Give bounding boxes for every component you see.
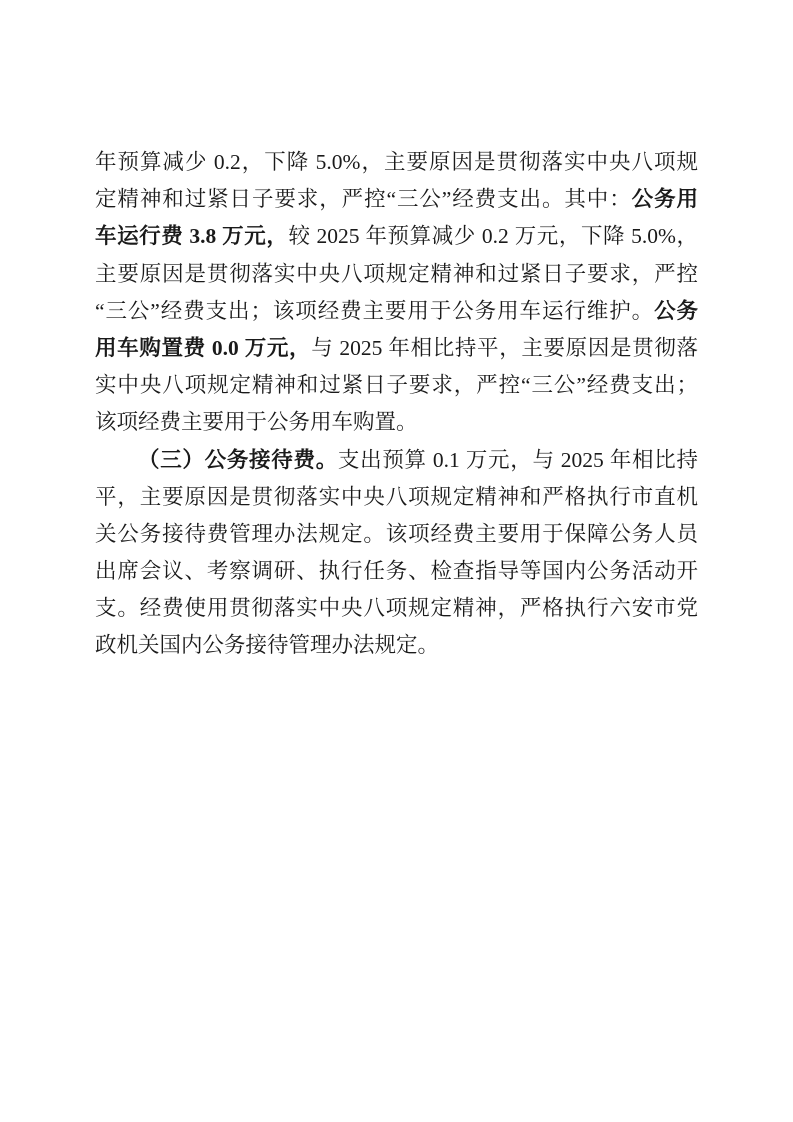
- text-run: 关公务接待费管理办法规定。该项经费主要用于保障公务人员: [95, 522, 698, 546]
- text-run: 平，主要原因是贯彻落实中央八项规定精神和严格执行市直机: [95, 485, 698, 509]
- text-line: 支。经费使用贯彻落实中央八项规定精神，严格执行六安市党: [95, 590, 698, 627]
- text-line: 车运行费 3.8 万元，较 2025 年预算减少 0.2 万元，下降 5.0%，: [95, 218, 698, 255]
- text-line: （三）公务接待费。支出预算 0.1 万元，与 2025 年相比持: [95, 442, 698, 479]
- text-line: 定精神和过紧日子要求，严控“三公”经费支出。其中：公务用: [95, 181, 698, 218]
- text-run: 政机关国内公务接待管理办法规定。: [95, 633, 439, 657]
- bold-text-run: 公务用: [632, 187, 698, 211]
- bold-text-run: 用车购置费 0.0 万元，: [95, 336, 311, 360]
- bold-text-run: 车运行费 3.8 万元，: [95, 224, 288, 248]
- text-run: 与 2025 年相比持平，主要原因是贯彻落: [311, 336, 698, 360]
- text-line: 年预算减少 0.2，下降 5.0%，主要原因是贯彻落实中央八项规: [95, 144, 698, 181]
- text-run: 较 2025 年预算减少 0.2 万元，下降 5.0%，: [288, 224, 698, 248]
- text-run: 支。经费使用贯彻落实中央八项规定精神，严格执行六安市党: [95, 596, 698, 620]
- bold-text-run: 公务: [654, 299, 698, 323]
- text-line: 关公务接待费管理办法规定。该项经费主要用于保障公务人员: [95, 516, 698, 553]
- text-run: 支出预算 0.1 万元，与 2025 年相比持: [338, 448, 698, 472]
- text-run: 主要原因是贯彻落实中央八项规定精神和过紧日子要求，严控: [95, 262, 698, 286]
- text-run: 定精神和过紧日子要求，严控“三公”经费支出。其中：: [95, 187, 632, 211]
- text-line: 实中央八项规定精神和过紧日子要求，严控“三公”经费支出；: [95, 367, 698, 404]
- text-line: “三公”经费支出；该项经费主要用于公务用车运行维护。公务: [95, 293, 698, 330]
- text-line: 出席会议、考察调研、执行任务、检查指导等国内公务活动开: [95, 553, 698, 590]
- text-run: “三公”经费支出；该项经费主要用于公务用车运行维护。: [95, 299, 654, 323]
- document-page: 年预算减少 0.2，下降 5.0%，主要原因是贯彻落实中央八项规定精神和过紧日子…: [0, 0, 793, 1122]
- text-run: 实中央八项规定精神和过紧日子要求，严控“三公”经费支出；: [95, 373, 698, 397]
- text-line: 该项经费主要用于公务用车购置。: [95, 404, 698, 441]
- text-line: 主要原因是贯彻落实中央八项规定精神和过紧日子要求，严控: [95, 256, 698, 293]
- text-run: 年预算减少 0.2，下降 5.0%，主要原因是贯彻落实中央八项规: [95, 150, 698, 174]
- text-run: 出席会议、考察调研、执行任务、检查指导等国内公务活动开: [95, 559, 698, 583]
- bold-text-run: （三）公务接待费。: [138, 448, 338, 472]
- body-text: 年预算减少 0.2，下降 5.0%，主要原因是贯彻落实中央八项规定精神和过紧日子…: [95, 144, 698, 665]
- text-run: 该项经费主要用于公务用车购置。: [95, 410, 418, 434]
- text-line: 政机关国内公务接待管理办法规定。: [95, 627, 698, 664]
- text-line: 用车购置费 0.0 万元，与 2025 年相比持平，主要原因是贯彻落: [95, 330, 698, 367]
- text-line: 平，主要原因是贯彻落实中央八项规定精神和严格执行市直机: [95, 479, 698, 516]
